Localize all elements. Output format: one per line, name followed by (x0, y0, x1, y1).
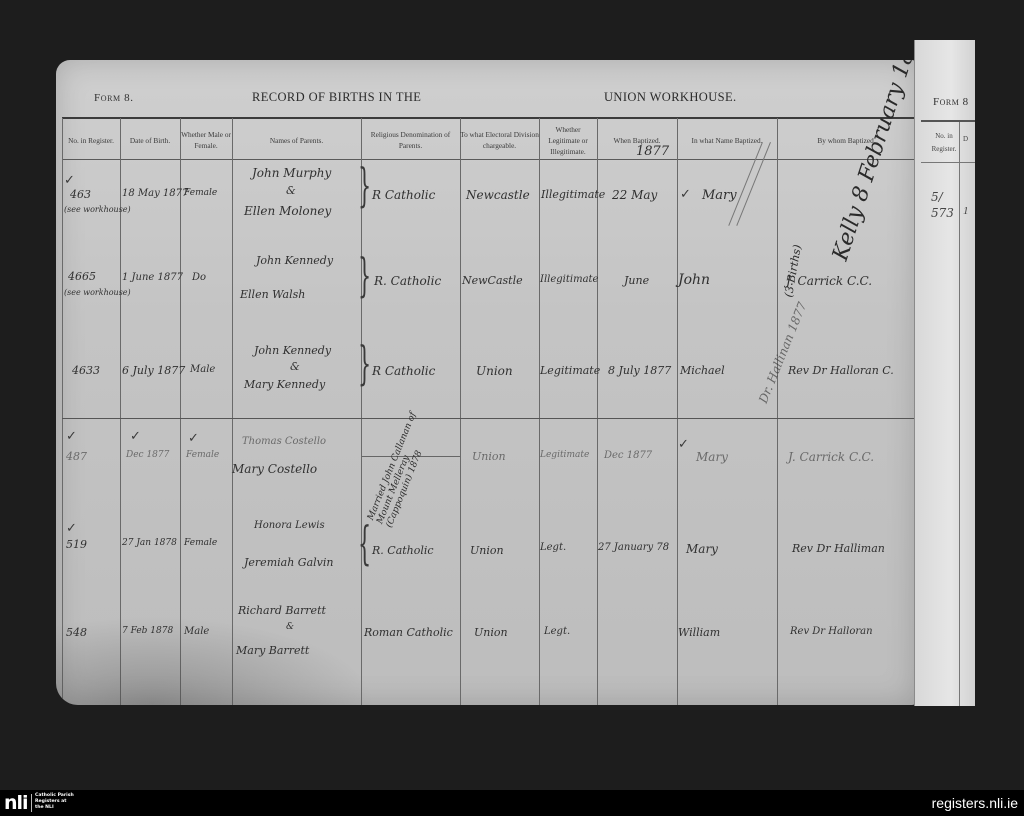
legitimacy: Illegitimate (540, 274, 598, 285)
column-header-sex: Whether Male or Female. (180, 122, 232, 158)
baptized-name: Michael (680, 364, 725, 377)
next-page-rule (921, 120, 975, 122)
year-annotation: 1877 (636, 144, 669, 159)
register-number: 519 (66, 538, 87, 551)
religion: R Catholic (372, 188, 435, 202)
religion: R Catholic (372, 364, 435, 378)
column-divider (232, 118, 233, 705)
column-divider (180, 118, 181, 705)
site-link[interactable]: registers.nli.ie (932, 795, 1018, 811)
sex: Female (186, 450, 219, 460)
column-header-religion: Religious Denomination of Parents. (361, 122, 460, 158)
mother-name: Jeremiah Galvin (244, 556, 333, 569)
brace: } (358, 340, 371, 386)
form-number: Form 8. (94, 92, 134, 104)
baptized-by: J. Carrick C.C. (786, 274, 872, 288)
column-divider (677, 118, 678, 705)
baptized-by: Rev Dr Halloran (790, 626, 873, 637)
date-of-birth: 27 Jan 1878 (122, 538, 177, 548)
column-header-legitimacy: Whether Legitimate or Illegitimate. (539, 122, 597, 158)
legitimacy: Legt. (544, 626, 570, 637)
column-divider (777, 118, 778, 705)
electoral-division: NewCastle (462, 274, 523, 287)
electoral-division: Union (472, 450, 506, 463)
check-mark-icon: ✓ (64, 172, 75, 188)
mother-name: Ellen Walsh (240, 288, 305, 301)
father-name: John Kennedy (254, 344, 331, 357)
register-page: Form 8. RECORD OF BIRTHS IN THE UNION WO… (56, 60, 916, 705)
father-name: Thomas Costello (242, 436, 326, 447)
check-mark-icon: ✓ (680, 186, 691, 202)
baptized-name: William (678, 626, 720, 639)
brace: } (358, 252, 371, 298)
sex: Do (192, 272, 206, 283)
mother-name: Mary Kennedy (244, 378, 325, 391)
electoral-division: Union (476, 364, 513, 378)
electoral-division: Union (474, 626, 508, 639)
date-of-birth: 18 May 1877 (122, 188, 188, 199)
baptized-by: Rev Dr Halliman (792, 542, 885, 555)
date-of-birth: 7 Feb 1878 (122, 626, 173, 636)
column-divider (597, 118, 598, 705)
next-page-column-header: No. in Register. (931, 130, 957, 156)
next-page-header-rule (921, 162, 975, 163)
brace: { (358, 520, 371, 566)
check-mark-icon: ✓ (66, 520, 77, 536)
father-name: John Kennedy (232, 254, 333, 267)
sex: Male (190, 364, 215, 375)
marriage-note: Married John Callanan of Mount Melleray … (366, 407, 439, 530)
date-of-birth: 6 July 1877 (122, 364, 185, 377)
baptized-name: Mary (696, 450, 728, 464)
column-header-baptized-name: In what Name Baptized. (677, 122, 777, 158)
baptized-by: J. Carrick C.C. (788, 450, 874, 464)
logo-subtitle-line: the NLI (35, 805, 74, 811)
column-header-parents: Names of Parents. (232, 122, 361, 158)
row-separator (62, 418, 916, 419)
religion: Roman Catholic (364, 626, 453, 639)
mother-name: Mary Barrett (236, 644, 309, 657)
baptized-name: Mary (702, 188, 737, 203)
next-page-edge: Form 8 No. in Register. D 5/ 573 1 (914, 40, 975, 706)
ampersand: & (286, 622, 294, 632)
column-header-date-of-birth: Date of Birth. (120, 122, 180, 158)
column-header-register-no: No. in Register. (62, 122, 120, 158)
next-page-form-number: Form 8 (933, 96, 969, 108)
sex: Male (184, 626, 209, 637)
ampersand: & (286, 184, 296, 197)
column-divider (62, 118, 63, 705)
column-divider (539, 118, 540, 705)
check-mark-icon: ✓ (678, 436, 689, 452)
register-number: 487 (66, 450, 87, 463)
logo-divider (31, 794, 32, 812)
column-header-electoral-division: To what Electoral Division chargeable. (460, 122, 539, 158)
sex: Female (184, 538, 217, 548)
column-divider (460, 118, 461, 705)
register-number: 4665 (68, 270, 96, 283)
next-page-entry-date: 1 (963, 205, 969, 217)
brace: } (358, 162, 371, 208)
baptized-name: Mary (686, 542, 718, 556)
header-rule (62, 159, 916, 160)
electoral-division: Union (470, 544, 504, 557)
page-title-left: RECORD OF BIRTHS IN THE (252, 90, 421, 105)
margin-note-rotated: Kelly 8 February 1878 (828, 60, 916, 264)
next-page-entry-number: 573 (931, 204, 954, 222)
footer-bar: nli Catholic Parish Registers at the NLI… (0, 790, 1024, 816)
baptized-name: John (678, 272, 710, 288)
legitimacy: Legt. (540, 542, 566, 553)
check-mark-icon: ✓ (66, 428, 77, 444)
baptized-by: Rev Dr Halloran C. (788, 364, 894, 377)
when-baptized: 27 January 78 (598, 542, 669, 553)
image-viewer: Form 8. RECORD OF BIRTHS IN THE UNION WO… (0, 0, 1024, 790)
register-number: 4633 (72, 364, 100, 377)
legitimacy: Illegitimate (541, 188, 605, 201)
next-page-column-divider (959, 122, 960, 706)
logo-subtitle: Catholic Parish Registers at the NLI (35, 793, 74, 811)
ampersand: & (290, 360, 300, 373)
register-note: (see workhouse) (64, 205, 131, 214)
religion: R. Catholic (372, 544, 434, 557)
baptized-by: (3 Births) (782, 244, 804, 299)
mother-name: Ellen Moloney (244, 204, 331, 218)
when-baptized: Dec 1877 (604, 450, 652, 461)
date-of-birth: Dec 1877 (126, 450, 169, 460)
father-name: John Murphy (252, 166, 331, 180)
when-baptized: 22 May (612, 188, 657, 202)
sex: Female (184, 188, 217, 198)
register-note: (see workhouse) (64, 288, 131, 297)
margin-note-faint: Dr. Hallinan 1877 (756, 300, 809, 405)
check-mark-icon: ✓ (188, 430, 199, 446)
date-of-birth: 1 June 1877 (122, 272, 183, 283)
father-name: Richard Barrett (238, 604, 326, 617)
mother-name: Mary Costello (232, 462, 317, 476)
page-title-right: UNION WORKHOUSE. (604, 90, 737, 105)
father-name: Honora Lewis (254, 520, 325, 531)
when-baptized: 8 July 1877 (608, 364, 671, 377)
when-baptized: June (624, 274, 649, 287)
check-mark-icon: ✓ (130, 428, 141, 444)
register-number: 463 (70, 188, 91, 201)
title-rule (62, 117, 916, 119)
next-page-column-header-2: D (963, 135, 968, 143)
nli-logo[interactable]: nli (4, 793, 28, 813)
religion: R. Catholic (374, 274, 441, 288)
legitimacy: Legitimate (540, 364, 600, 377)
legitimacy: Legitimate (540, 450, 589, 460)
register-number: 548 (66, 626, 87, 639)
electoral-division: Newcastle (466, 188, 530, 202)
